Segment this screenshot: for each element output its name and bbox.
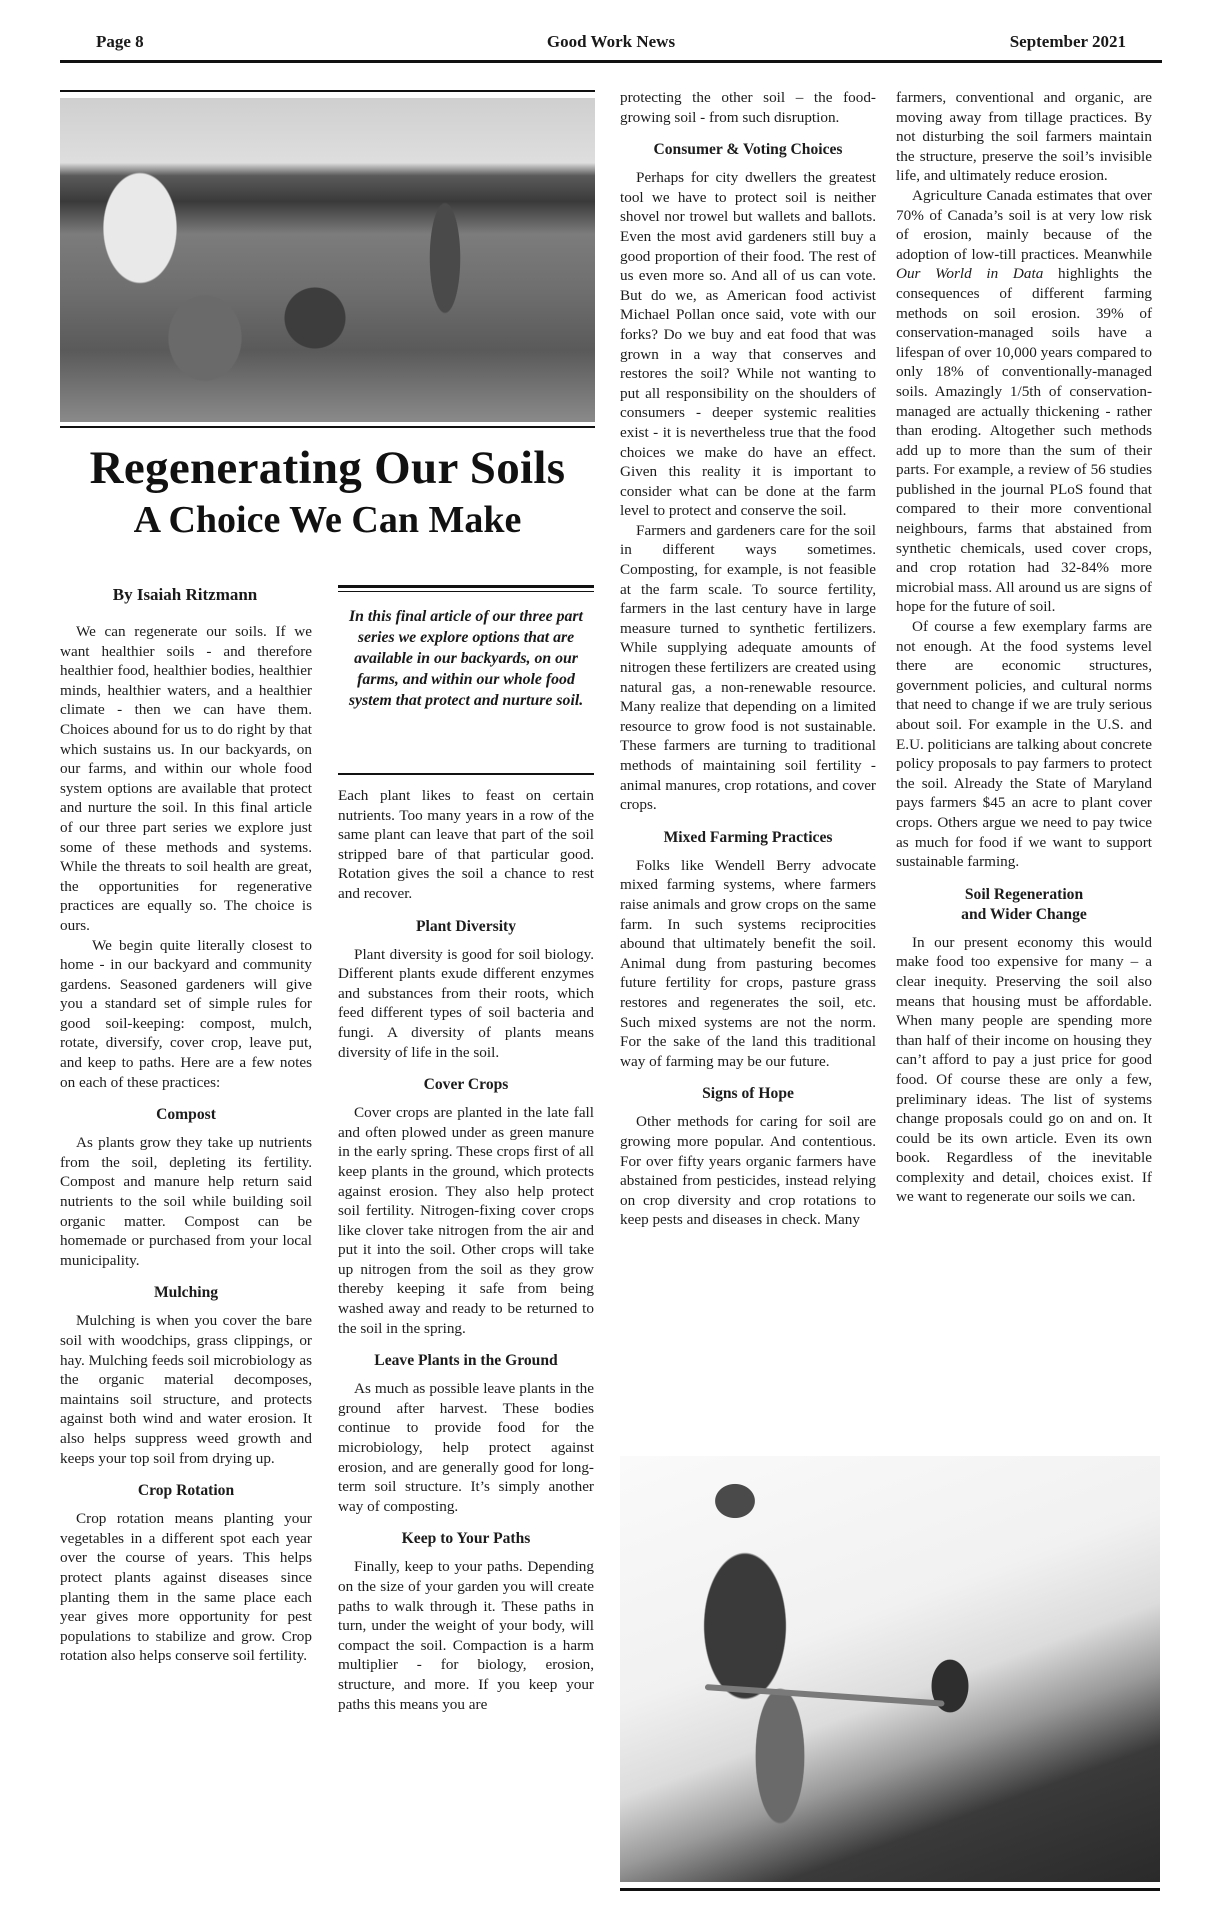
article-title: Regenerating Our Soils — [60, 440, 595, 496]
wider-change-paragraph: In our present economy this would make f… — [896, 933, 1152, 1207]
signs-of-hope-paragraph: Other methods for caring for soil are gr… — [620, 1112, 876, 1230]
page-header: Page 8 Good Work News September 2021 — [60, 30, 1162, 63]
compost-paragraph: As plants grow they take up nutrients fr… — [60, 1133, 312, 1270]
keep-paths-continued: protecting the other soil – the food-gro… — [620, 88, 876, 127]
section-heading-cover-crops: Cover Crops — [338, 1075, 594, 1095]
agri-canada-text: Agriculture Canada estimates that over 7… — [896, 187, 1152, 263]
leave-plants-paragraph: As much as possible leave plants in the … — [338, 1379, 594, 1516]
plant-diversity-paragraph: Plant diversity is good for soil biology… — [338, 945, 594, 1063]
section-heading-compost: Compost — [60, 1105, 312, 1125]
bottom-photo-frame — [620, 1456, 1160, 1891]
publication-name: Good Work News — [60, 32, 1162, 52]
intro-paragraph: We begin quite literally closest to home… — [60, 936, 312, 1093]
pull-quote-text: In this final article of our three part … — [338, 606, 594, 711]
top-photo-frame — [60, 90, 595, 428]
our-world-in-data-citation: Our World in Data — [896, 265, 1043, 282]
crop-rotation-paragraph: Crop rotation means planting your vegeta… — [60, 1509, 312, 1666]
section-heading-keep-paths: Keep to Your Paths — [338, 1529, 594, 1549]
mulching-paragraph: Mulching is when you cover the bare soil… — [60, 1311, 312, 1468]
cover-crops-paragraph: Cover crops are planted in the late fall… — [338, 1103, 594, 1338]
section-heading-signs-of-hope: Signs of Hope — [620, 1084, 876, 1104]
column-3: protecting the other soil – the food-gro… — [620, 88, 876, 1230]
intro-paragraph: We can regenerate our soils. If we want … — [60, 622, 312, 936]
community-garden-photo — [60, 98, 595, 422]
keep-paths-paragraph: Finally, keep to your paths. Depending o… — [338, 1557, 594, 1714]
heading-line-1: Soil Regeneration — [965, 886, 1083, 903]
man-shoveling-photo — [620, 1456, 1160, 1882]
pull-quote-top-rule — [338, 585, 594, 592]
pull-quote: In this final article of our three part … — [338, 585, 594, 775]
farmers-gardeners-paragraph: Farmers and gardeners care for the soil … — [620, 521, 876, 815]
section-heading-mixed-farming: Mixed Farming Practices — [620, 828, 876, 848]
column-2: Each plant likes to feast on certain nut… — [338, 786, 594, 1714]
signs-of-hope-continued: farmers, conventional and organic, are m… — [896, 88, 1152, 186]
issue-date: September 2021 — [1010, 32, 1126, 52]
section-heading-crop-rotation: Crop Rotation — [60, 1481, 312, 1501]
section-heading-plant-diversity: Plant Diversity — [338, 917, 594, 937]
policy-paragraph: Of course a few exemplary farms are not … — [896, 617, 1152, 872]
pull-quote-bottom-rule — [338, 773, 594, 775]
heading-line-2: and Wider Change — [961, 906, 1087, 923]
crop-rotation-continued: Each plant likes to feast on certain nut… — [338, 786, 594, 904]
mixed-farming-paragraph: Folks like Wendell Berry advocate mixed … — [620, 856, 876, 1072]
column-1: We can regenerate our soils. If we want … — [60, 622, 312, 1666]
article-headline: Regenerating Our Soils A Choice We Can M… — [60, 440, 595, 544]
section-heading-consumer-voting: Consumer & Voting Choices — [620, 140, 876, 160]
shovel-shape — [705, 1684, 945, 1707]
column-4: farmers, conventional and organic, are m… — [896, 88, 1152, 1207]
agriculture-canada-paragraph: Agriculture Canada estimates that over 7… — [896, 186, 1152, 617]
section-heading-wider-change: Soil Regenerationand Wider Change — [896, 885, 1152, 925]
section-heading-mulching: Mulching — [60, 1283, 312, 1303]
section-heading-leave-plants: Leave Plants in the Ground — [338, 1351, 594, 1371]
byline: By Isaiah Ritzmann — [60, 585, 310, 605]
consumer-voting-paragraph: Perhaps for city dwellers the greatest t… — [620, 168, 876, 521]
article-subtitle: A Choice We Can Make — [60, 496, 595, 544]
agri-canada-text-cont: highlights the consequences of different… — [896, 265, 1152, 615]
